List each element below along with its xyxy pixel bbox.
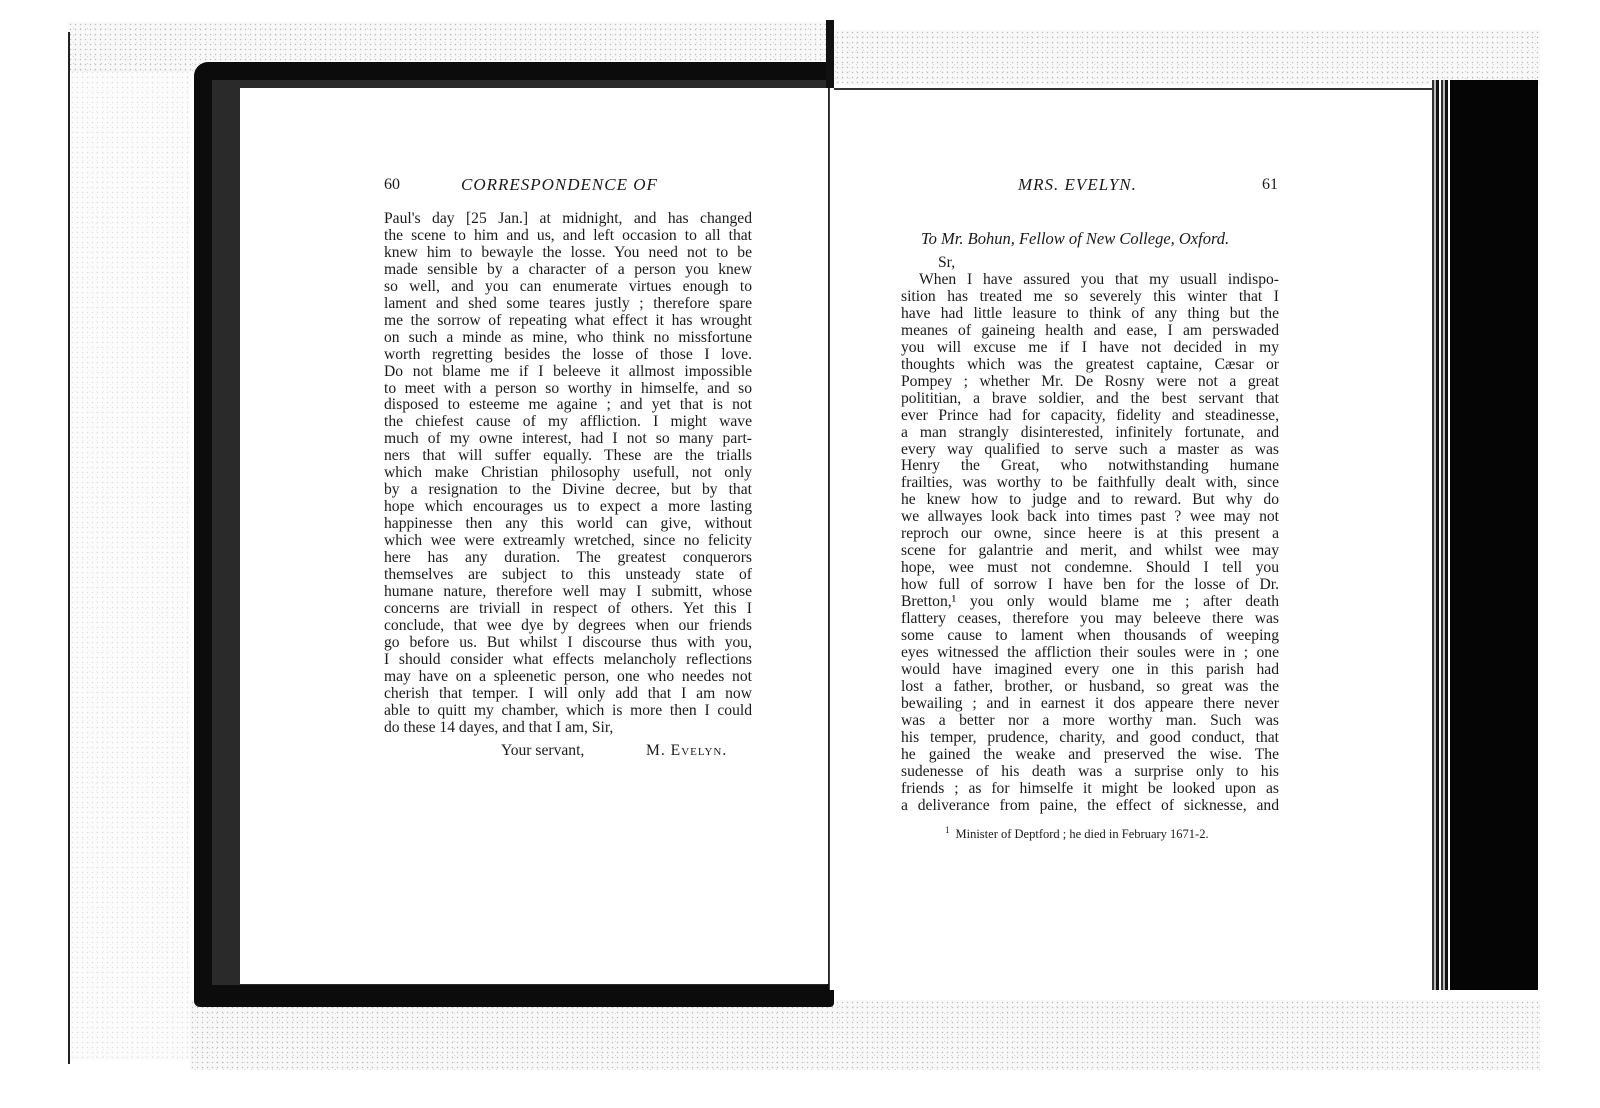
text-line: he gained the weake and preserved the wi… bbox=[901, 747, 1279, 764]
text-line: polititian, a brave soldier, and the bes… bbox=[901, 391, 1279, 408]
text-line: hope, wee must not condemne. Should I te… bbox=[901, 560, 1279, 577]
text-line: so well, and you can enumerate virtues e… bbox=[384, 279, 752, 296]
letter-closing: Your servant, bbox=[501, 742, 584, 760]
text-line: Henry the Great, who notwithstanding hum… bbox=[901, 458, 1279, 475]
text-line: bewailing ; and in earnest it dos appear… bbox=[901, 696, 1279, 713]
text-line: disposed to esteeme me againe ; and yet … bbox=[384, 397, 752, 414]
right-running-head: MRS. EVELYN. bbox=[1018, 175, 1137, 195]
text-line: which wee were extreamly wretched, since… bbox=[384, 533, 752, 550]
text-line: able to quitt my chamber, which is more … bbox=[384, 703, 752, 720]
text-line: every way qualified to serve such a mast… bbox=[901, 442, 1279, 459]
text-line: worth regretting besides the losse of th… bbox=[384, 347, 752, 364]
text-line: on such a minde as mine, who think no mi… bbox=[384, 330, 752, 347]
text-line: to meet with a person so worthy in himse… bbox=[384, 381, 752, 398]
text-line: here has any duration. The greatest conq… bbox=[384, 550, 752, 567]
text-line: his temper, prudence, charity, and good … bbox=[901, 730, 1279, 747]
text-line: thoughts which was the greatest captaine… bbox=[901, 357, 1279, 374]
text-line: scene for galantrie and merit, and whils… bbox=[901, 543, 1279, 560]
text-line: was a better nor a more worthy man. Such… bbox=[901, 713, 1279, 730]
left-page-number: 60 bbox=[384, 176, 400, 194]
text-line: do these 14 dayes, and that I am, Sir, bbox=[384, 720, 752, 737]
text-line: sudenesse of his death was a surprise on… bbox=[901, 764, 1279, 781]
text-line: would have imagined every one in this pa… bbox=[901, 662, 1279, 679]
text-line: flattery ceases, therefore you may belee… bbox=[901, 611, 1279, 628]
text-line: ever Prince had for capacity, fidelity a… bbox=[901, 408, 1279, 425]
text-line: a deliverance from paine, the effect of … bbox=[901, 798, 1279, 815]
right-page-edges bbox=[1430, 80, 1450, 990]
text-line: sition has treated me so severely this w… bbox=[901, 289, 1279, 306]
text-line: we allwayes look back into times past ? … bbox=[901, 509, 1279, 526]
text-line: you will excuse me if I have not decided… bbox=[901, 340, 1279, 357]
text-line: Bretton,¹ you only would blame me ; afte… bbox=[901, 594, 1279, 611]
left-page-body: Paul's day [25 Jan.] at midnight, and ha… bbox=[384, 211, 752, 737]
text-line: made sensible by a character of a person… bbox=[384, 262, 752, 279]
right-page-top-edge bbox=[834, 88, 1434, 90]
text-line: reproch our owne, since heere is at this… bbox=[901, 526, 1279, 543]
text-line: much of my owne interest, had I not so m… bbox=[384, 431, 752, 448]
text-line: meanes of gaineing health and ease, I am… bbox=[901, 323, 1279, 340]
letter-signature: M. Evelyn. bbox=[646, 742, 727, 760]
text-line: me the sorrow of repeating what effect i… bbox=[384, 313, 752, 330]
text-line: cherish that temper. I will only add tha… bbox=[384, 686, 752, 703]
right-page-body: When I have assured you that my usuall i… bbox=[901, 272, 1279, 815]
letter-salutation: Sr, bbox=[938, 254, 955, 272]
text-line: lament and shed some teares justly ; the… bbox=[384, 296, 752, 313]
text-line: the chiefest cause of my affliction. I m… bbox=[384, 414, 752, 431]
text-line: happinesse then any this world can give,… bbox=[384, 516, 752, 533]
text-line: frailties, was worthy to be faithfully d… bbox=[901, 475, 1279, 492]
text-line: which make Christian philosophy usefull,… bbox=[384, 465, 752, 482]
text-line: a man strangly disinterested, infinitely… bbox=[901, 425, 1279, 442]
text-line: by a resignation to the Divine decree, b… bbox=[384, 482, 752, 499]
text-line: knew him to bewayle the losse. You need … bbox=[384, 245, 752, 262]
text-line: themselves are subject to this unsteady … bbox=[384, 567, 752, 584]
text-line: I should consider what effects melanchol… bbox=[384, 652, 752, 669]
text-line: Pompey ; whether Mr. De Rosny were not a… bbox=[901, 374, 1279, 391]
footnote-marker: 1 bbox=[945, 825, 950, 835]
text-line: Paul's day [25 Jan.] at midnight, and ha… bbox=[384, 211, 752, 228]
text-line: how full of sorrow I have ben for the lo… bbox=[901, 577, 1279, 594]
text-line: some cause to lament when thousands of w… bbox=[901, 628, 1279, 645]
text-line: ners that will suffer equally. These are… bbox=[384, 448, 752, 465]
text-line: have had little leasure to think of any … bbox=[901, 306, 1279, 323]
text-line: When I have assured you that my usuall i… bbox=[901, 272, 1279, 289]
text-line: hope which encourages us to expect a mor… bbox=[384, 499, 752, 516]
footnote-text: Minister of Deptford ; he died in Februa… bbox=[956, 827, 1209, 841]
left-running-head: CORRESPONDENCE OF bbox=[461, 175, 658, 195]
footnote: 1Minister of Deptford ; he died in Febru… bbox=[945, 825, 1209, 842]
text-line: he knew how to judge and to reward. But … bbox=[901, 492, 1279, 509]
text-line: Do not blame me if I beleeve it allmost … bbox=[384, 364, 752, 381]
text-line: concerns are triviall in respect of othe… bbox=[384, 601, 752, 618]
text-line: go before us. But whilst I discourse thu… bbox=[384, 635, 752, 652]
text-line: lost a father, brother, or husband, so g… bbox=[901, 679, 1279, 696]
right-page-number: 61 bbox=[1262, 176, 1278, 194]
text-line: humane nature, therefore well may I subm… bbox=[384, 584, 752, 601]
text-line: conclude, that wee dye by degrees when o… bbox=[384, 618, 752, 635]
text-line: friends ; as for himselfe it might be lo… bbox=[901, 781, 1279, 798]
text-line: may have on a spleenetic person, one who… bbox=[384, 669, 752, 686]
letter-heading: To Mr. Bohun, Fellow of New College, Oxf… bbox=[921, 229, 1229, 249]
text-line: eyes witnessed the affliction their soul… bbox=[901, 645, 1279, 662]
text-line: the scene to him and us, and left occasi… bbox=[384, 228, 752, 245]
